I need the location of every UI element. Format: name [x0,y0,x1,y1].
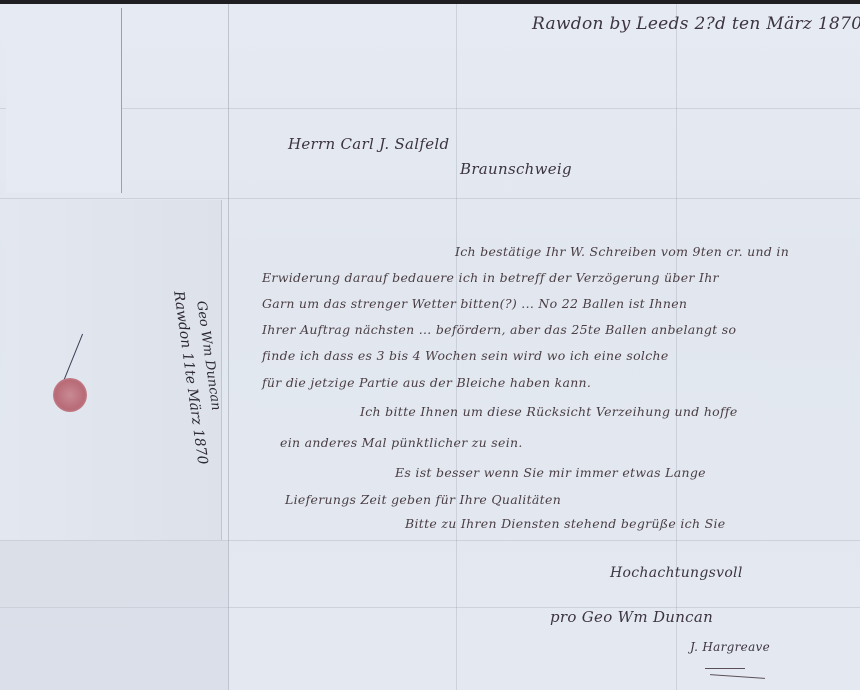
fold-line-horizontal [0,108,860,109]
body-line: Es ist besser wenn Sie mir immer etwas L… [395,465,706,480]
signature-sub: J. Hargreave [690,640,770,654]
body-line: finde ich dass es 3 bis 4 Wochen sein wi… [262,348,669,363]
wax-seal-icon [53,378,87,412]
body-line: Garn um das strenger Wetter bitten(?) ..… [262,296,687,311]
fold-line-horizontal [0,198,860,199]
dateline: Rawdon by Leeds 2?d ten März 1870 [532,14,860,34]
body-line: ein anderes Mal pünktlicher zu sein. [280,435,523,450]
envelope-flap-top [6,8,122,193]
signature: pro Geo Wm Duncan [550,608,713,626]
body-line: Ich bestätige Ihr W. Schreiben vom 9ten … [455,244,789,259]
body-line: Erwiderung darauf bedauere ich in betref… [262,270,719,285]
paper-shadow [0,540,228,690]
signature-flourish [705,668,745,669]
body-line: Ich bitte Ihnen um diese Rücksicht Verze… [360,404,738,419]
body-line: Bitte zu Ihren Diensten stehend begrüße … [405,516,725,531]
body-line: für die jetzige Partie aus der Bleiche h… [262,375,591,390]
body-line: Lieferungs Zeit geben für Ihre Qualitäte… [285,492,561,507]
body-line: Ihrer Auftrag nächsten ... befördern, ab… [262,322,736,337]
fold-line-vertical [456,4,457,690]
fold-line-vertical [228,4,229,690]
salutation: Herrn Carl J. Salfeld [288,135,449,153]
salutation-city: Braunschweig [460,160,572,178]
fold-line-vertical [676,4,677,690]
closing: Hochachtungsvoll [610,565,743,581]
